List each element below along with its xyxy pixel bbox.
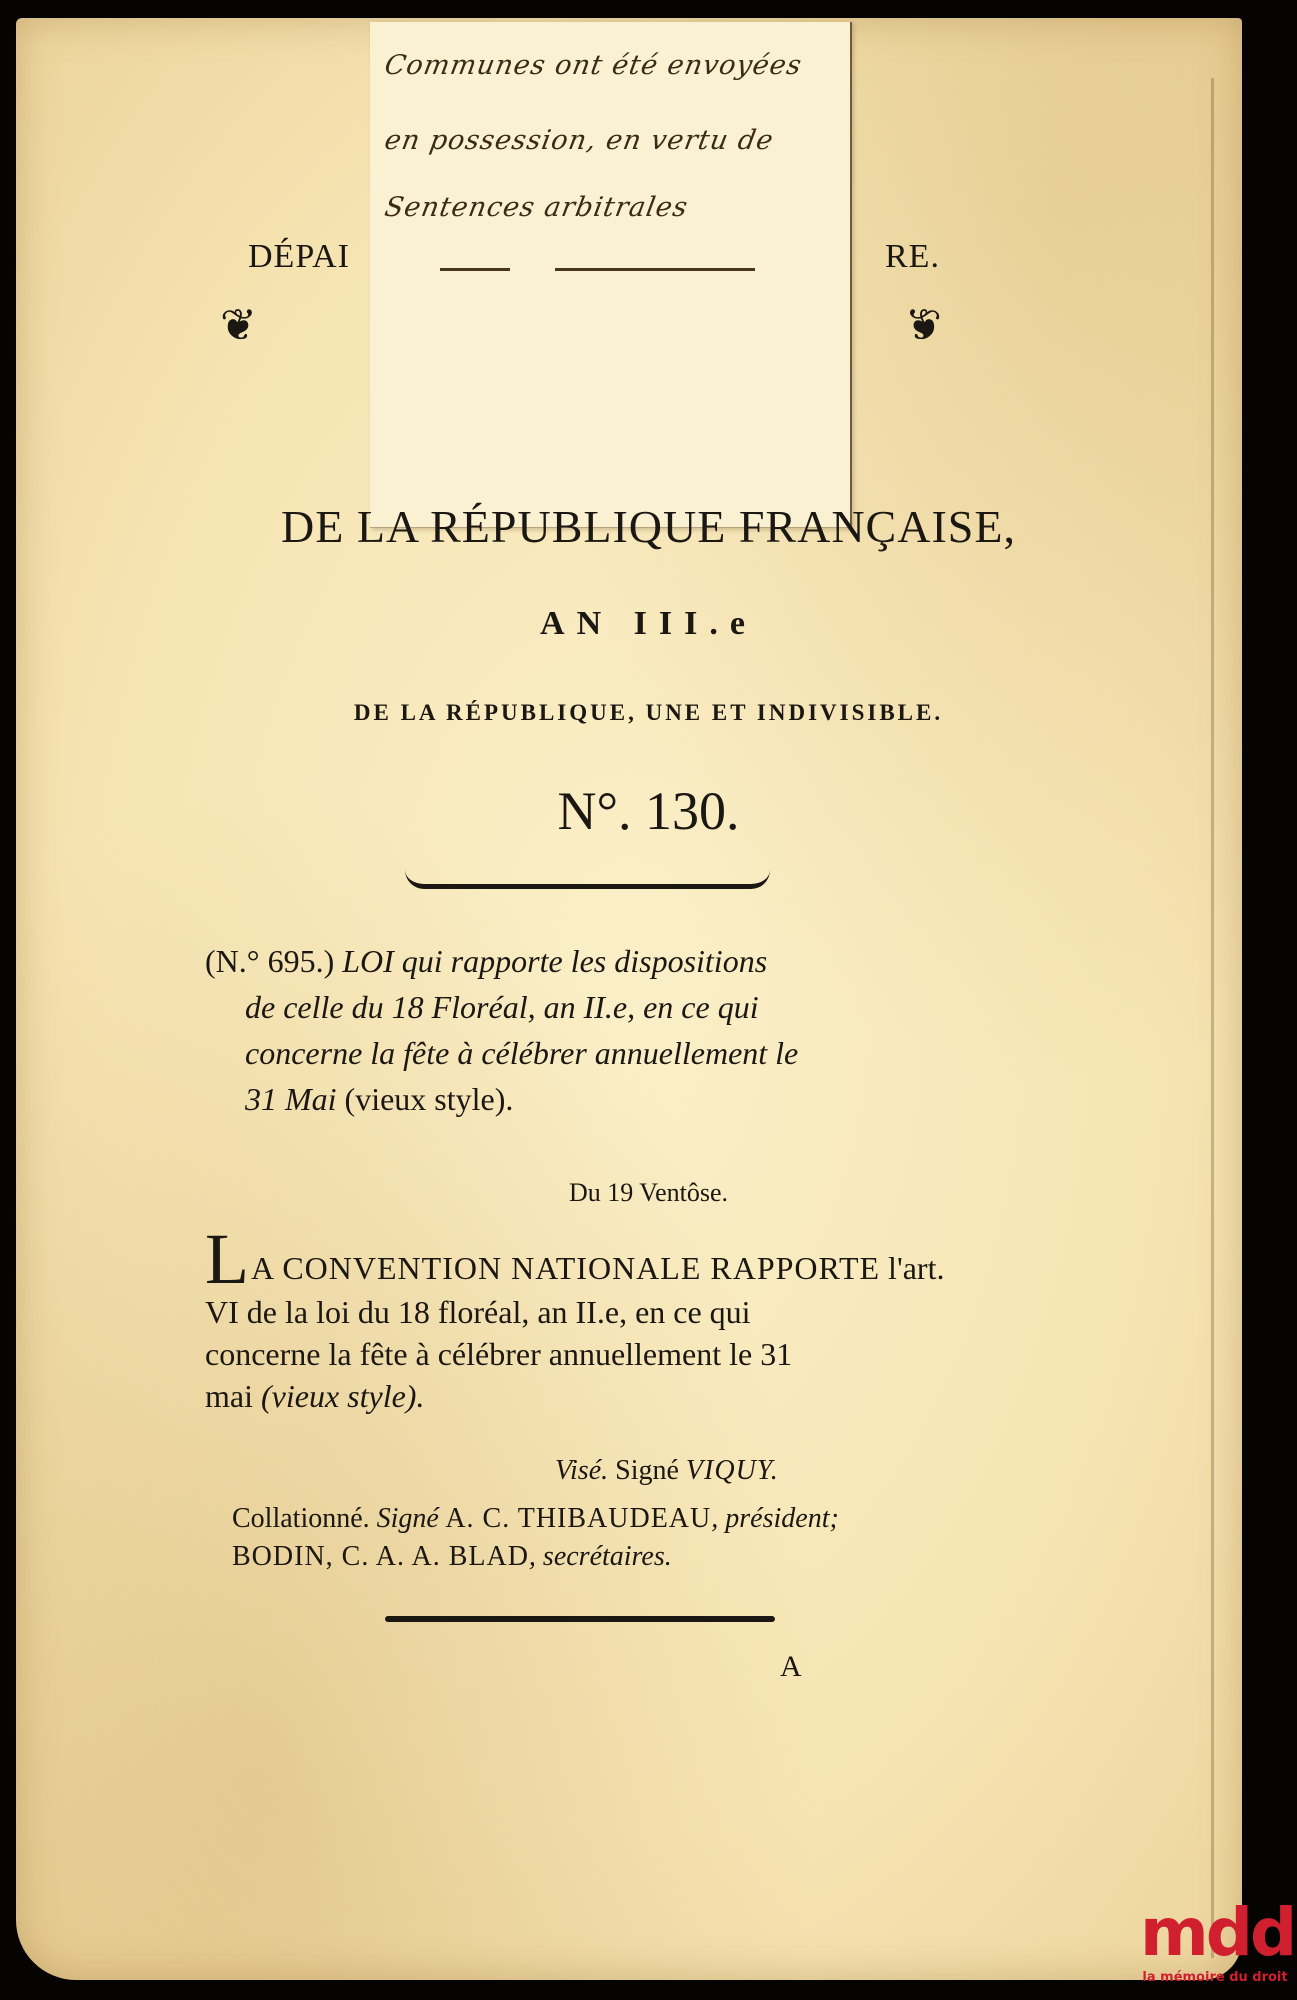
law-title-line: LOI qui rapporte les dispositions [342, 943, 767, 979]
president-name: A. C. THIBAUDEAU [439, 1503, 711, 1534]
body-line: mai [205, 1378, 261, 1414]
logo-mark: mdd [1140, 1900, 1290, 1966]
label-rule [555, 268, 755, 271]
vise-line: Visé. Signé VIQUY. [555, 1455, 779, 1487]
pasted-handwritten-label [370, 22, 852, 528]
law-date-rest: (vieux style). [337, 1081, 514, 1117]
secretaries-role: , secrétaires. [529, 1541, 672, 1572]
law-date: Du 19 Ventôse. [0, 1178, 1297, 1208]
collation-block: Collationné. Signé A. C. THIBAUDEAU, pré… [232, 1500, 839, 1576]
brace-divider [405, 870, 770, 889]
body-line: VI de la loi du 18 floréal, an II.e, en … [205, 1291, 975, 1333]
handwritten-line: Sentences arbitrales [382, 192, 690, 223]
body-italic: (vieux style). [261, 1378, 424, 1414]
body-text: l'art. [880, 1250, 944, 1286]
president-role: , président; [711, 1503, 839, 1534]
law-title-line: concerne la fête à célébrer annuellement… [205, 1030, 965, 1076]
law-title-line: de celle du 18 Floréal, an II.e, en ce q… [205, 984, 965, 1030]
republic-subtitle: DE LA RÉPUBLIQUE, UNE ET INDIVISIBLE. [0, 700, 1297, 726]
watermark-logo: mdd la mémoire du droit [1140, 1900, 1290, 1985]
logo-tagline: la mémoire du droit [1140, 1970, 1290, 1985]
label-rule [440, 268, 510, 271]
ornament-left-icon: ❦ [220, 300, 257, 351]
signe-label: Signé [608, 1455, 686, 1486]
collation-label: Collationné. [232, 1503, 377, 1534]
handwritten-line: en possession, en vertu de [382, 125, 776, 156]
vise-name: VIQUY. [686, 1455, 779, 1486]
department-heading-right: RE. [885, 238, 940, 276]
drop-cap: L [205, 1227, 249, 1291]
ornament-right-icon: ❦ [905, 300, 942, 351]
year-title: AN III.e [0, 605, 1297, 643]
republic-title: DE LA RÉPUBLIQUE FRANÇAISE, [0, 500, 1297, 553]
bottom-rule [385, 1616, 775, 1622]
law-body: L A CONVENTION NATIONALE RAPPORTE l'art.… [205, 1225, 975, 1417]
law-ref: (N.° 695.) [205, 943, 334, 979]
law-title: (N.° 695.) LOI qui rapporte les disposit… [205, 938, 965, 1122]
department-heading-left: DÉPAI [248, 238, 350, 276]
law-date-italic: 31 Mai [245, 1081, 337, 1117]
handwritten-line: Communes ont été envoyées [382, 50, 804, 81]
page-fold-line [1211, 78, 1214, 1958]
secretaries-names: BODIN, C. A. A. BLAD [232, 1541, 529, 1572]
signe-label: Signé [377, 1503, 439, 1534]
vise-label: Visé. [555, 1455, 608, 1486]
body-line: concerne la fête à célébrer annuellement… [205, 1333, 975, 1375]
body-lead: A CONVENTION NATIONALE RAPPORTE [251, 1250, 880, 1286]
signature-mark: A [780, 1650, 802, 1684]
bulletin-number: N°. 130. [0, 780, 1297, 842]
